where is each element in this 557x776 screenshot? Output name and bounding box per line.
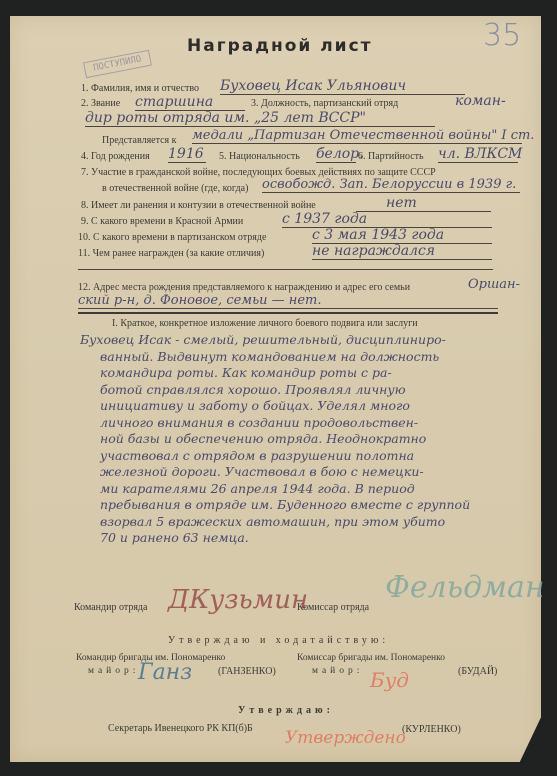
field-11-previous-awards: не награждался — [312, 243, 492, 260]
field-10-partisan-since: с 3 мая 1943 года — [312, 227, 492, 244]
field-10-label: 10. С какого времени в партизанском отря… — [78, 232, 266, 243]
narrative-line: участвовал с отрядом в разрушении полотн… — [100, 448, 470, 465]
field-12-label: 12. Адрес места рождения представляемого… — [78, 282, 410, 293]
narrative-line: Буховец Исак - смелый, решительный, дисц… — [80, 332, 470, 349]
brigade-commander-signature: Ганз — [138, 660, 192, 685]
brigade-commander-rank: майор: — [88, 666, 139, 676]
secretary-note: Утверждено — [285, 728, 406, 748]
narrative-line: ми карателями 26 апреля 1944 года. В пер… — [100, 481, 470, 498]
field-8-wounds: нет — [356, 195, 491, 212]
field-3-position-a: коман- — [455, 93, 506, 109]
field-7-label-b: в отечественной войне (где, когда) — [102, 183, 248, 194]
field-6-label: 6. Партийность — [358, 151, 424, 162]
commander-label: Командир отряда — [74, 602, 147, 613]
field-2-label: 2. Звание — [81, 98, 120, 109]
field-9-label: 9. С какого времени в Красной Армии — [81, 216, 243, 227]
brigade-commissar-name: (БУДАЙ) — [458, 666, 497, 677]
confirm-heading: Утверждаю: — [238, 705, 334, 716]
field-5-label: 5. Национальность — [219, 151, 300, 162]
field-7-participation: освобожд. Зап. Белоруссии в 1939 г. — [262, 177, 520, 193]
narrative-label: I. Краткое, конкретное изложение личного… — [112, 318, 418, 329]
brigade-commander-name: (ГАНЗЕНКО) — [218, 666, 276, 677]
commissar-label: Комиссар отряда — [297, 602, 369, 613]
field-5-nationality: белор. — [316, 146, 356, 163]
narrative-line: железной дороги. Участвовал в бою с неме… — [100, 464, 470, 481]
field-4-label: 4. Год рождения — [81, 151, 150, 162]
field-12-address-b: ский р-н, д. Фоновое, семьи — нет. — [78, 293, 498, 309]
field-1-full-name: Буховец Исак Ульянович — [220, 78, 465, 95]
approve-heading: Утверждаю и ходатайствую: — [168, 635, 389, 646]
secretary-name: (КУРЛЕНКО) — [402, 724, 461, 735]
document-title: Наградной лист — [187, 36, 373, 56]
narrative-line: 70 и ранено 63 немца. — [100, 530, 470, 547]
field-9-red-army-since: с 1937 года — [282, 211, 492, 228]
narrative-line: ной базы и обеспечению отряда. Неоднокра… — [100, 431, 470, 448]
narrative-line: ботой справлялся хорошо. Проявлял личную — [100, 382, 470, 399]
field-6-party: чл. ВЛКСМ — [438, 146, 518, 163]
field-4-birth-year: 1916 — [168, 146, 206, 163]
field-3-label: 3. Должность, партизанский отряд — [251, 98, 398, 109]
narrative-line: инициативу и заботу о бойцах. Уделял мно… — [100, 398, 470, 415]
narrative-line: ванный. Выдвинут командованием на должно… — [100, 349, 470, 366]
field-3-position-b: дир роты отряда им. „25 лет ВССР" — [85, 110, 435, 127]
brigade-commissar-signature: Буд — [370, 668, 409, 692]
section-divider — [78, 312, 498, 314]
field-2-rank: старшина — [135, 94, 245, 111]
brigade-commissar-rank: майор: — [312, 666, 363, 676]
narrative-line: пребывания в отряде им. Буденного вместе… — [100, 497, 470, 514]
commander-signature: ДКузьмин — [168, 585, 308, 615]
presented-award: медали „Партизан Отечественной войны" I … — [192, 128, 522, 144]
brigade-commissar-label: Комиссар бригады им. Пономаренко — [297, 653, 445, 663]
narrative-line: командира роты. Как командир роты с ра- — [100, 365, 470, 382]
commissar-signature: Фельдман — [385, 570, 545, 605]
page-number: 35 — [483, 18, 521, 53]
blank-line — [78, 268, 493, 270]
narrative-text: Буховец Исак - смелый, решительный, дисц… — [80, 332, 470, 547]
narrative-line: личного внимания в создании продовольств… — [100, 415, 470, 432]
field-1-label: 1. Фамилия, имя и отчество — [81, 83, 199, 94]
field-11-label: 11. Чем ранее награжден (за какие отличи… — [78, 248, 264, 259]
presented-label: Представляется к — [102, 135, 177, 146]
field-8-label: 8. Имеет ли ранения и контузии в отечест… — [81, 200, 316, 211]
field-12-address-a: Оршан- — [468, 277, 520, 292]
narrative-line: взорвал 5 вражеских автомашин, при этом … — [100, 514, 470, 531]
secretary-label: Секретарь Ивенецкого РК КП(б)Б — [108, 723, 253, 734]
